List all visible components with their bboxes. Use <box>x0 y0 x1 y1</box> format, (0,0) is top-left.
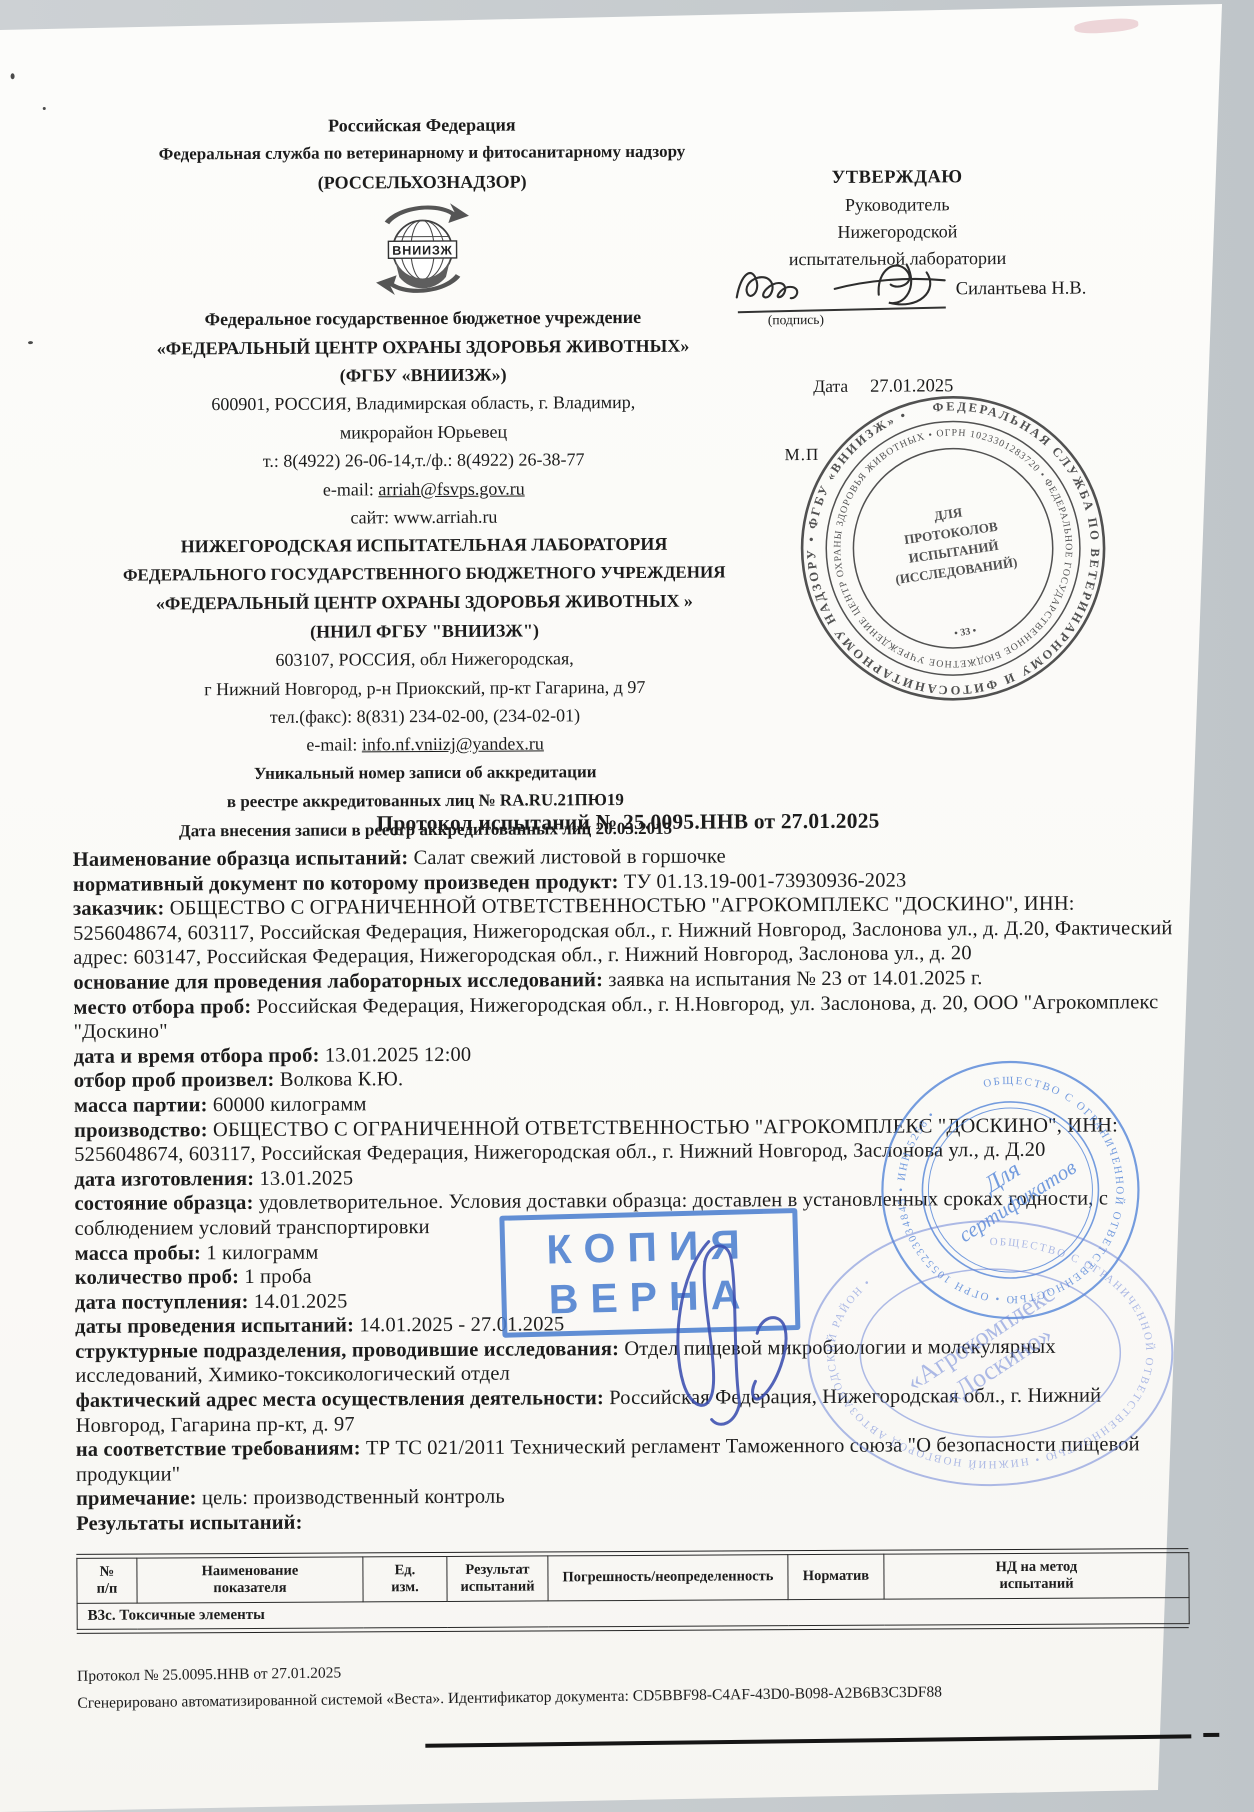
bottom-divider <box>425 1734 1191 1747</box>
org-site-line: сайт: www.arriah.ru <box>84 501 764 533</box>
protocol-title: Протокол испытаний № 25.0095.ННВ от 27.0… <box>70 807 1185 838</box>
country-line: Российская Федерация <box>82 109 762 141</box>
date-label: Дата <box>813 376 848 396</box>
org-name-line: «ФЕДЕРАЛЬНЫЙ ЦЕНТР ОХРАНЫ ЗДОРОВЬЯ ЖИВОТ… <box>83 331 763 363</box>
scan-speck <box>43 107 46 110</box>
lab-line1: НИЖЕГОРОДСКАЯ ИСПЫТАТЕЛЬНАЯ ЛАБОРАТОРИЯ <box>84 530 764 562</box>
col-number: № п/п <box>77 1558 137 1603</box>
org-email-link: arriah@fsvps.gov.ru <box>378 478 524 499</box>
field-customer: заказчик: ОБЩЕСТВО С ОГРАНИЧЕННОЙ ОТВЕТС… <box>73 891 1185 971</box>
results-table: № п/п Наименование показателя Ед. изм. Р… <box>76 1552 1189 1630</box>
field-label: место отбора проб: <box>73 996 251 1019</box>
results-heading-text: Результаты испытаний: <box>76 1512 303 1535</box>
lab-line4: (ННИЛ ФГБУ "ВНИИЗЖ") <box>84 615 764 647</box>
field-value: 1 проба <box>244 1266 312 1288</box>
field-value: ТУ 01.13.19-001-73930936-2023 <box>624 869 907 892</box>
vniizh-logo: ВНИИЗЖ <box>82 197 763 305</box>
col-standard: Норматив <box>788 1554 884 1600</box>
org-phone-line: т.: 8(4922) 26-06-14,т./ф.: 8(4922) 26-3… <box>84 445 764 477</box>
field-value: 13.01.2025 <box>259 1167 353 1189</box>
scan-smudge <box>1074 17 1139 35</box>
approver-position-2: Нижегородской <box>697 218 1097 247</box>
protocols-round-stamp: ФЕДЕРАЛЬНАЯ СЛУЖБА ПО ВЕТЕРИНАРНОМУ И ФИ… <box>776 371 1130 725</box>
results-group-row: В3с. Токсичные элементы <box>77 1597 1189 1629</box>
field-value: цель: производственный контроль <box>202 1486 505 1510</box>
org-address-line1: 600901, РОССИЯ, Владимирская область, г.… <box>83 388 763 420</box>
field-value: ОБЩЕСТВО С ОГРАНИЧЕННОЙ ОТВЕТСТВЕННОСТЬЮ… <box>73 893 1172 969</box>
field-value: 14.01.2025 <box>254 1290 348 1312</box>
approve-heading: УТВЕРЖДАЮ <box>697 164 1097 193</box>
lab-line2: ФЕДЕРАЛЬНОГО ГОСУДАРСТВЕННОГО БЮДЖЕТНОГО… <box>84 558 764 590</box>
service-line: Федеральная служба по ветеринарному и фи… <box>82 138 762 170</box>
field-label: структурные подразделения, проводившие и… <box>75 1338 619 1363</box>
field-label: масса партии: <box>74 1094 208 1117</box>
stamp-bottom-mark: • 33 • <box>954 625 978 639</box>
field-label: Наименование образца испытаний: <box>73 847 409 871</box>
email-label: e-mail: <box>323 479 374 499</box>
lab-line3: «ФЕДЕРАЛЬНЫЙ ЦЕНТР ОХРАНЫ ЗДОРОВЬЯ ЖИВОТ… <box>84 587 764 619</box>
field-label: на соответствие требованиям: <box>76 1438 361 1461</box>
field-label: состояние образца: <box>74 1192 253 1215</box>
lab-phone-line: тел.(факс): 8(831) 234-02-00, (234-02-01… <box>85 700 765 732</box>
field-value: 1 килограмм <box>206 1241 318 1264</box>
org-short-line: (ФГБУ «ВНИИЗЖ») <box>83 359 763 391</box>
results-table-frame: № п/п Наименование показателя Ед. изм. Р… <box>76 1548 1188 1633</box>
field-label: нормативный документ по которому произве… <box>73 871 619 896</box>
field-value: Салат свежий листовой в горшочке <box>413 845 725 869</box>
field-label: заказчик: <box>73 898 165 920</box>
field-value: 60000 килограмм <box>213 1093 367 1116</box>
col-method: НД на метод испытаний <box>884 1552 1189 1599</box>
email-label: e-mail: <box>306 735 357 755</box>
field-label: фактический адрес места осуществления де… <box>75 1387 603 1412</box>
lab-email-line: e-mail: info.nf.vniizj@yandex.ru <box>85 729 765 761</box>
org-type-line: Федеральное государственное бюджетное уч… <box>83 303 763 335</box>
lab-address-line1: 603107, РОССИЯ, обл Нижегородская, <box>85 643 765 675</box>
accreditation-line1: Уникальный номер записи об аккредитации <box>85 757 765 789</box>
document-content: Российская Федерация Федеральная служба … <box>0 0 1254 1812</box>
bottom-divider-dash <box>1203 1733 1219 1737</box>
field-label: даты проведения испытаний: <box>75 1315 354 1338</box>
approver-signature <box>731 250 956 315</box>
field-label: дата изготовления: <box>74 1168 254 1191</box>
approver-name: Силантьева Н.В. <box>956 279 1087 301</box>
field-label: отбор проб произвел: <box>74 1069 275 1092</box>
doskino-stamp: ОБЩЕСТВО С ОГРАНИЧЕННОЙ ОТВЕТСТВЕННОСТЬЮ… <box>795 1207 1187 1499</box>
results-heading: Результаты испытаний: <box>76 1506 1188 1536</box>
results-header-row: № п/п Наименование показателя Ед. изм. Р… <box>77 1552 1189 1603</box>
service-short-line: (РОССЕЛЬХОЗНАДЗОР) <box>82 166 762 198</box>
field-label: примечание: <box>76 1488 197 1511</box>
lab-email-link: info.nf.vniizj@yandex.ru <box>362 734 544 755</box>
col-unit: Ед. изм. <box>363 1556 447 1601</box>
col-result: Результат испытаний <box>447 1555 548 1601</box>
logo-text: ВНИИЗЖ <box>392 244 453 258</box>
field-label: дата и время отбора проб: <box>74 1044 320 1067</box>
org-address-line2: микрорайон Юрьевец <box>83 416 763 448</box>
field-label: основание для проведения лабораторных ис… <box>73 969 603 994</box>
lab-address-line2: г Нижний Новгород, р-н Приокский, пр-кт … <box>85 672 765 704</box>
group-row-label: В3с. Токсичные элементы <box>77 1597 1189 1629</box>
field-label: масса пробы: <box>75 1242 201 1265</box>
org-site-url: www.arriah.ru <box>394 507 498 528</box>
col-indicator: Наименование показателя <box>137 1556 363 1602</box>
field-value: 13.01.2025 12:00 <box>325 1044 472 1067</box>
org-email-line: e-mail: arriah@fsvps.gov.ru <box>84 473 764 505</box>
field-label: количество проб: <box>75 1266 239 1289</box>
field-label: производство: <box>74 1119 208 1142</box>
scan-speck <box>11 73 15 79</box>
signature-caption: (подпись) <box>768 312 824 328</box>
site-label: сайт: <box>350 507 389 527</box>
scan-speck <box>28 341 33 344</box>
stamp-center-1: ДЛЯ <box>933 504 964 523</box>
letterhead: Российская Федерация Федеральная служба … <box>82 109 766 845</box>
approver-position-1: Руководитель <box>697 191 1097 220</box>
copy-signature <box>649 1233 820 1434</box>
results-table-section: № п/п Наименование показателя Ед. изм. Р… <box>76 1548 1188 1633</box>
field-sampling-place: место отбора проб: Российская Федерация,… <box>73 990 1185 1045</box>
page-footer: Протокол № 25.0095.ННВ от 27.01.2025 Сге… <box>77 1648 1188 1717</box>
field-value: Волкова К.Ю. <box>280 1069 404 1092</box>
field-label: дата поступления: <box>75 1291 249 1314</box>
field-value: заявка на испытания № 23 от 14.01.2025 г… <box>608 967 982 991</box>
col-uncertainty: Погрешность/неопределенность <box>548 1554 788 1600</box>
